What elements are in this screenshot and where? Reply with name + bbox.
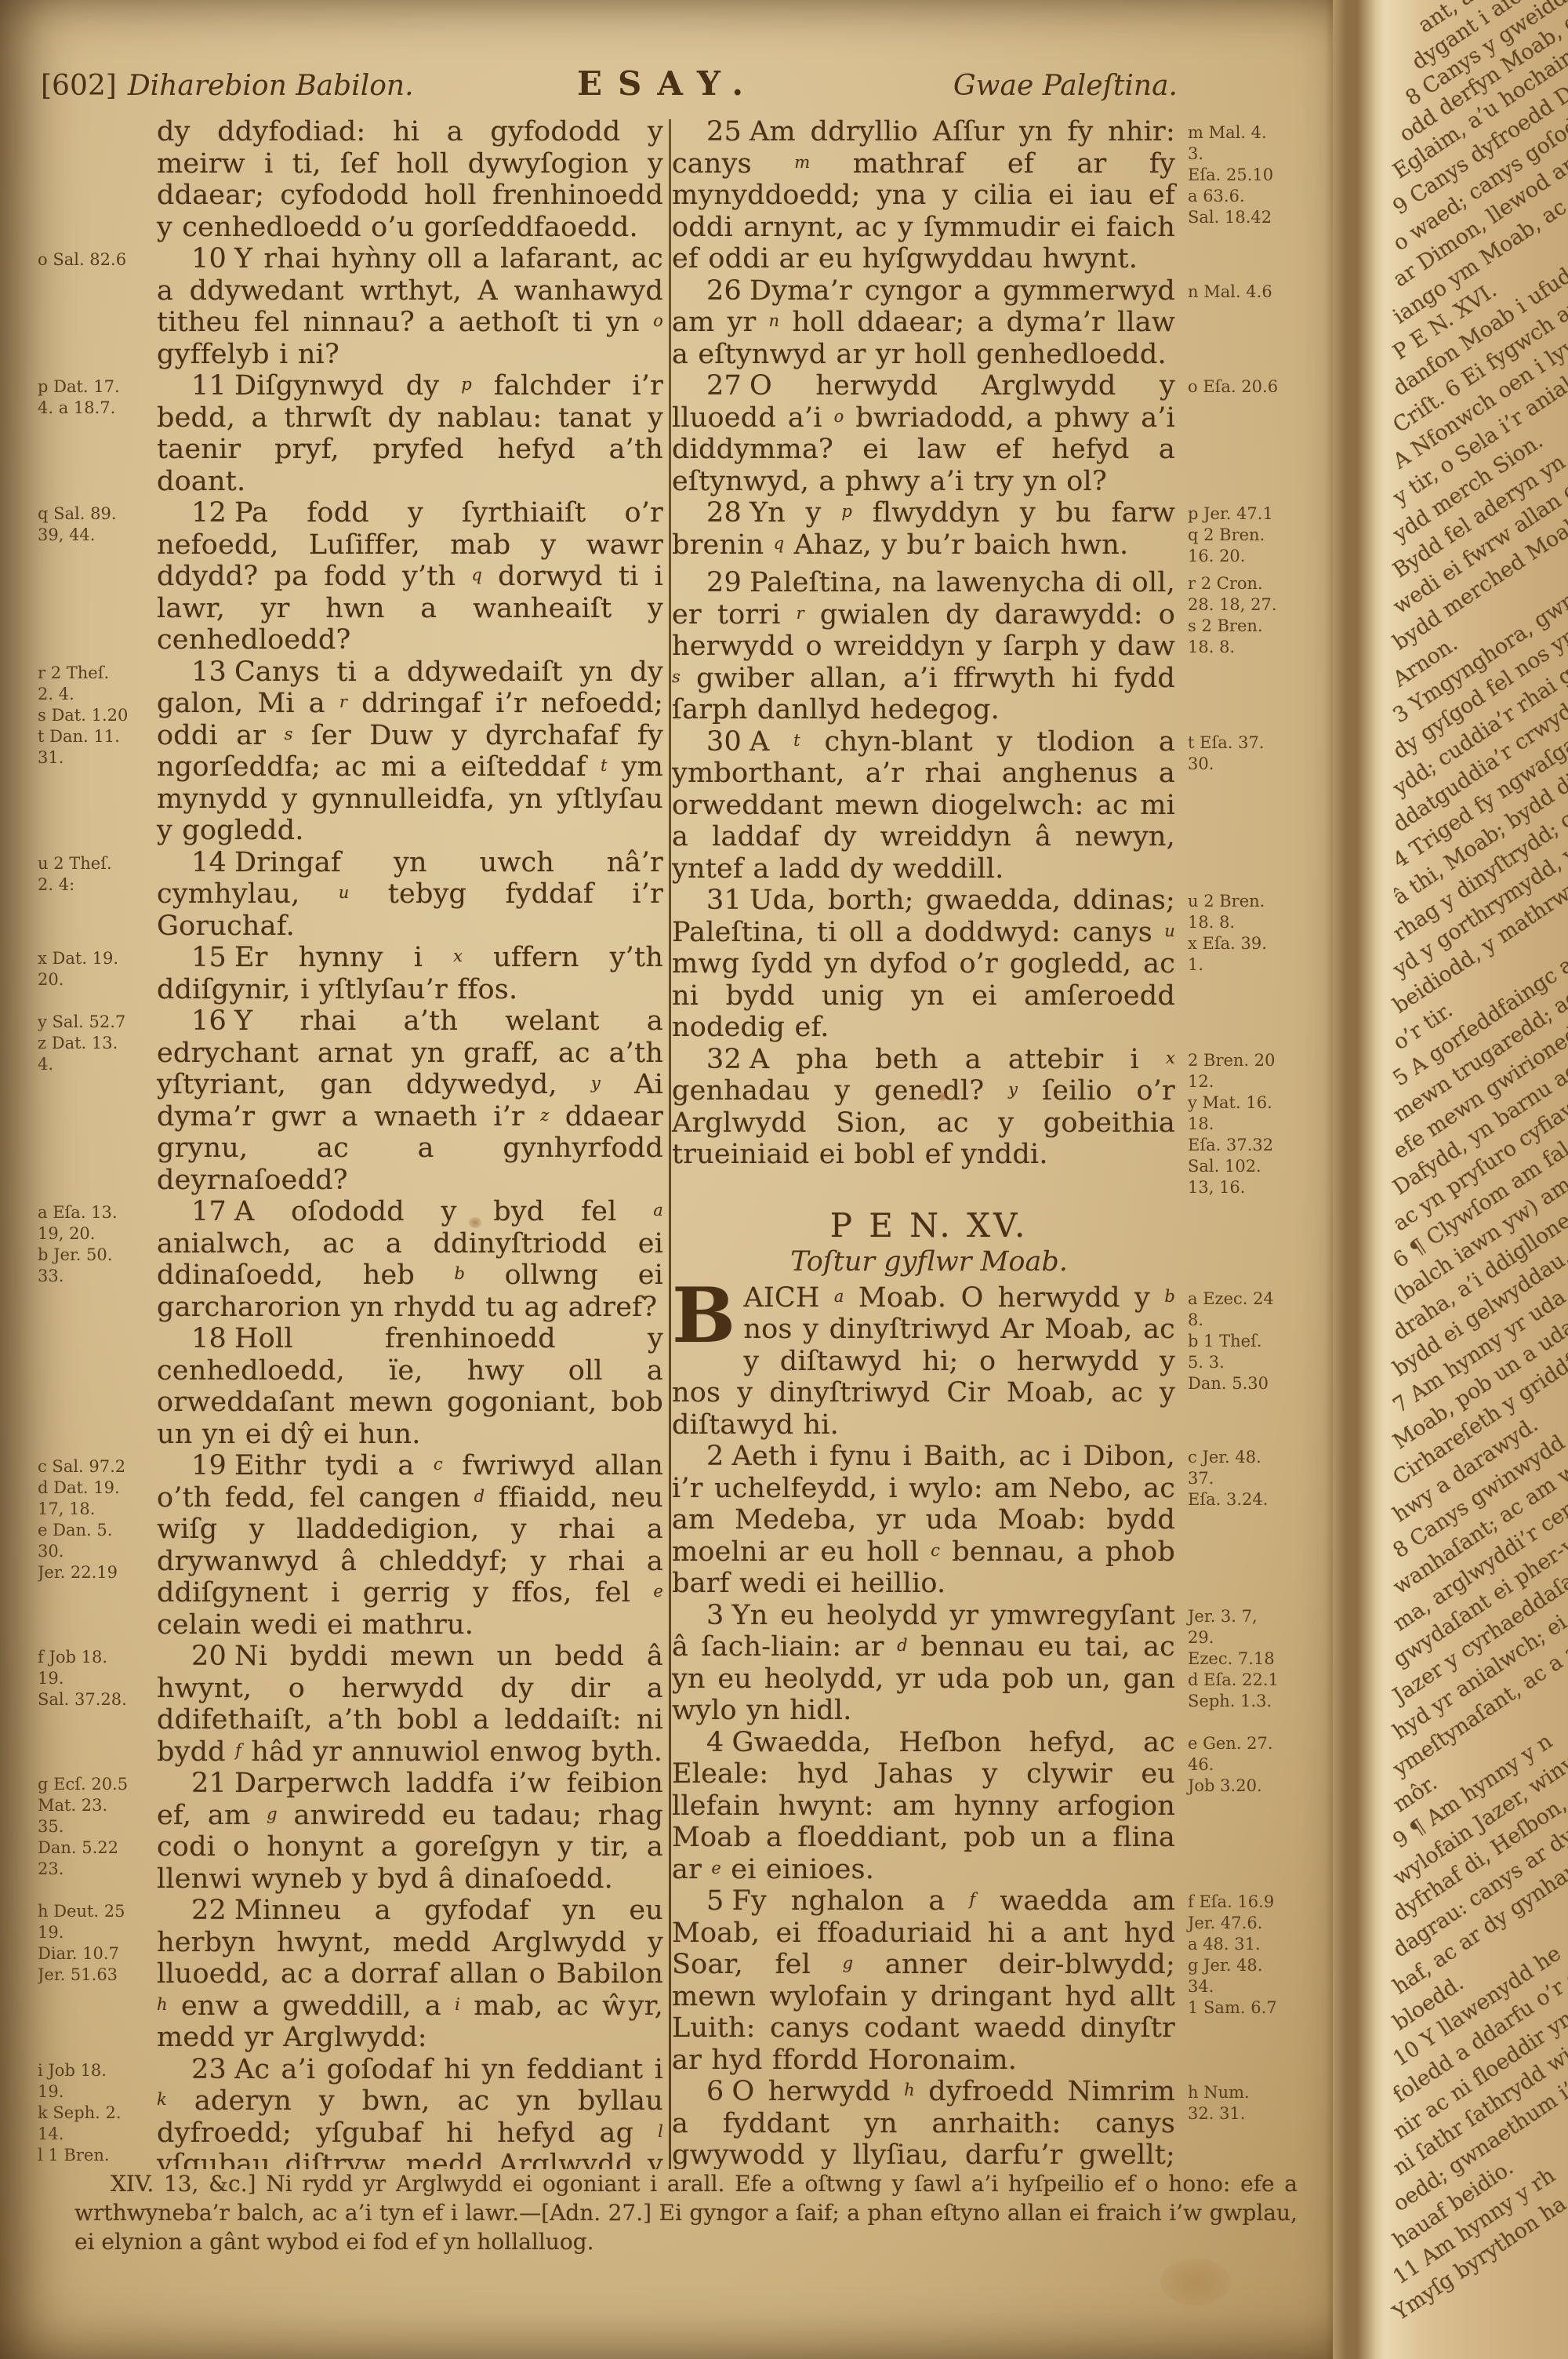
verse-text: 12Pa fodd y ſyrthiaiſt o’r nefoedd, Luſi…	[157, 497, 668, 656]
margin-note-line: 2 Bren. 20	[1188, 1050, 1304, 1071]
verse-text: 3Yn eu heolydd yr ymwregyſant â ſach-lia…	[672, 1600, 1180, 1727]
verse-row: i Job 18.19.k Seph. 2.14.l 1 Bren.14. 10…	[38, 2054, 668, 2170]
verse-text: 21Darperwch laddfa i’w feibion ef, am g …	[157, 1768, 668, 1895]
verse-number: 29	[706, 567, 750, 598]
margin-note-line: y Mat. 16.	[1188, 1092, 1304, 1114]
verse-row: 30A t chyn-blant y tlodion a ymborthant,…	[672, 726, 1304, 885]
verse-row: u 2 Theſ.2. 4:14Dringaf yn uwch nâ’r cym…	[38, 847, 668, 943]
cross-ref-marker: u	[1164, 921, 1175, 940]
scanned-bible-page: [602]Diharebion Babilon. ESAY. Gwae Pale…	[0, 0, 1568, 2359]
verse-number: 18	[191, 1323, 234, 1354]
cross-ref-marker: q	[774, 534, 785, 553]
cross-ref-marker: b	[455, 1264, 466, 1283]
cross-ref-marker: q	[471, 565, 482, 584]
margin-note-line: 29.	[1188, 1627, 1304, 1648]
margin-note-line: Dan. 5.22	[38, 1837, 152, 1859]
verse-number: 32	[706, 1044, 750, 1075]
margin-note-line: f Eſa. 16.9	[1188, 1892, 1304, 1913]
margin-references	[38, 1323, 157, 1450]
page-number: [602]	[41, 70, 117, 102]
margin-note-line: 1.	[1188, 954, 1304, 976]
verse-number: 2	[706, 1441, 731, 1472]
header-left: [602]Diharebion Babilon.	[41, 70, 577, 102]
margin-note-line: 33.	[38, 1266, 152, 1287]
margin-note-line: 46.	[1188, 1754, 1304, 1776]
verse-number: 22	[191, 1895, 234, 1926]
verse-number: 20	[191, 1641, 234, 1672]
margin-note-line: 17, 18.	[38, 1499, 152, 1520]
margin-note-line: a Eſa. 13.	[38, 1202, 152, 1223]
margin-note-line: 4. a 18.7.	[38, 398, 152, 419]
margin-note-line: 28. 18, 27.	[1188, 594, 1304, 616]
margin-references: r 2 Theſ.2. 4.s Dat. 1.20t Dan. 11.31.	[38, 656, 157, 847]
margin-note-line: d Eſa. 22.1	[1188, 1670, 1304, 1691]
margin-note-line: l 1 Bren.	[38, 2145, 152, 2166]
margin-note-line: 30.	[38, 1541, 152, 1562]
margin-note-line: q 2 Bren.	[1188, 525, 1304, 546]
margin-note-line: 20.	[38, 969, 152, 990]
margin-references: c Sal. 97.2d Dat. 19.17, 18.e Dan. 5.30.…	[38, 1450, 157, 1641]
verse-text: 22Minneu a gyfodaf yn eu herbyn hwynt, m…	[157, 1895, 668, 2054]
right-column: 25Am ddryllio Aſſur yn fy nhir: canys m …	[672, 116, 1304, 2169]
cross-ref-marker: f	[235, 1741, 241, 1760]
margin-note-line: d Dat. 19.	[38, 1478, 152, 1499]
verse-row: c Sal. 97.2d Dat. 19.17, 18.e Dan. 5.30.…	[38, 1450, 668, 1641]
margin-note-line: 5. 3.	[1188, 1352, 1304, 1373]
column-divider-rule	[669, 119, 671, 2169]
margin-note-line: x Eſa. 39.	[1188, 933, 1304, 954]
margin-references: y Sal. 52.7z Dat. 13.4.	[38, 1005, 157, 1196]
margin-note-line: Job 3.20.	[1188, 1776, 1304, 1797]
margin-references: a Eſa. 13.19, 20.b Jer. 50.33.	[38, 1196, 157, 1323]
margin-references: h Num.32. 31.	[1180, 2076, 1304, 2169]
margin-note-line: 30.	[1188, 754, 1304, 775]
margin-references: n Mal. 4.6	[1180, 275, 1304, 371]
margin-note-line: k Seph. 2.	[38, 2103, 152, 2124]
cross-ref-marker: t	[793, 731, 800, 750]
book-title: ESAY.	[577, 64, 759, 103]
verse-text: 26Dyma’r cyngor a gymmerwyd am yr n holl…	[672, 275, 1180, 371]
margin-references: o Eſa. 20.6	[1180, 370, 1304, 497]
margin-note-line: 19.	[38, 1922, 152, 1943]
verse-number: 16	[191, 1005, 234, 1037]
margin-note-line: 18. 8.	[1188, 637, 1304, 658]
cross-ref-marker: k	[157, 2090, 167, 2109]
margin-references: f Job 18.19.Sal. 37.28.	[38, 1641, 157, 1768]
verse-text: BAICH a Moab. O herwydd y b nos y dinyſt…	[672, 1282, 1180, 1441]
verse-number: 12	[191, 497, 234, 529]
margin-note-line: m Mal. 4.	[1188, 122, 1304, 144]
margin-note-line: o Eſa. 20.6	[1188, 376, 1304, 398]
cross-ref-marker: e	[653, 1582, 663, 1601]
chapter-subheading: Toſtur gyflwr Moab.	[672, 1246, 1186, 1278]
margin-references: p Jer. 47.1q 2 Bren.16. 20.	[1180, 497, 1304, 567]
margin-references: q Sal. 89.39, 44.	[38, 497, 157, 656]
margin-note-line: Dan. 5.30	[1188, 1373, 1304, 1394]
verse-number: 5	[706, 1885, 731, 1917]
margin-note-line: 19, 20.	[38, 1223, 152, 1245]
verse-number: 26	[706, 275, 750, 307]
verse-number: 17	[191, 1196, 234, 1227]
margin-note-line: b 1 Theſ.	[1188, 1331, 1304, 1352]
verse-row: 4Gwaedda, Heſbon hefyd, ac Eleale: hyd J…	[672, 1727, 1304, 1886]
cross-ref-marker: t	[601, 756, 608, 775]
margin-note-line: y Sal. 52.7	[38, 1012, 152, 1033]
verse-row: a Eſa. 13.19, 20.b Jer. 50.33.17A oſodod…	[38, 1196, 668, 1323]
margin-references: r 2 Cron.28. 18, 27.s 2 Bren.18. 8.	[1180, 567, 1304, 726]
verse-row: 28Yn y p flwyddyn y bu farw brenin q Aha…	[672, 497, 1304, 567]
verse-number: 4	[706, 1727, 731, 1758]
margin-note-line: Jer. 3. 7,	[1188, 1606, 1304, 1627]
margin-note-line: g Jer. 48.	[1188, 1955, 1304, 1976]
verse-text: 25Am ddryllio Aſſur yn fy nhir: canys m …	[672, 116, 1180, 275]
margin-note-line: 18.	[1188, 1114, 1304, 1135]
margin-note-line: c Jer. 48.	[1188, 1447, 1304, 1468]
margin-note-line: g Ecſ. 20.5	[38, 1774, 152, 1795]
margin-note-line: x Dat. 19.	[38, 948, 152, 969]
cross-ref-marker: z	[540, 1106, 549, 1125]
margin-note-line: 12.	[1188, 1071, 1304, 1092]
verse-text: 10Y rhai hyǹny oll a lafarant, ac a ddyw…	[157, 243, 668, 370]
verse-text: 14Dringaf yn uwch nâ’r cymhylau, u tebyg…	[157, 847, 668, 943]
running-header: [602]Diharebion Babilon. ESAY. Gwae Pale…	[41, 64, 1295, 103]
margin-note-line: a 63.6.	[1188, 186, 1304, 207]
cross-ref-marker: x	[1166, 1049, 1175, 1067]
verse-row: 26Dyma’r cyngor a gymmerwyd am yr n holl…	[672, 275, 1304, 371]
page-gutter-shadow	[1325, 0, 1385, 2359]
margin-references: u 2 Bren.18. 8.x Eſa. 39.1.	[1180, 885, 1304, 1044]
cross-ref-marker: l	[658, 2122, 663, 2141]
margin-references: t Eſa. 37.30.	[1180, 726, 1304, 885]
facing-page-edge: Am hynny yant, a’r hyn a rodygant i afon…	[1385, 0, 1568, 2359]
margin-note-line: Jer. 51.63	[38, 1965, 152, 1986]
verse-number: 21	[191, 1768, 234, 1799]
margin-references: o Sal. 82.6	[38, 243, 157, 370]
verse-number: 23	[191, 2054, 234, 2085]
margin-note-line: Sal. 18.42	[1188, 207, 1304, 228]
margin-note-line: 23.	[38, 1859, 152, 1880]
verse-row: 2Aeth i fynu i Baith, ac i Dibon, i’r uc…	[672, 1441, 1304, 1600]
margin-references: m Mal. 4.3.Eſa. 25.10a 63.6.Sal. 18.42	[1180, 116, 1304, 275]
margin-references	[38, 116, 157, 243]
margin-note-line: Sal. 102.	[1188, 1156, 1304, 1177]
margin-references: a Ezec. 248.b 1 Theſ.5. 3.Dan. 5.30	[1180, 1282, 1304, 1441]
cross-ref-marker: d	[474, 1487, 485, 1506]
margin-references: c Jer. 48.37.Eſa. 3.24.	[1180, 1441, 1304, 1600]
cross-ref-marker: x	[453, 947, 463, 965]
margin-note-line: u 2 Bren.	[1188, 891, 1304, 912]
verse-row: h Deut. 2519.Diar. 10.7Jer. 51.6322Minne…	[38, 1895, 668, 2054]
margin-note-line: p Jer. 47.1	[1188, 503, 1304, 525]
verse-row: f Job 18.19.Sal. 37.28.20Ni byddi mewn u…	[38, 1641, 668, 1768]
margin-references: u 2 Theſ.2. 4:	[38, 847, 157, 943]
margin-note-line: 32. 31.	[1188, 2103, 1304, 2125]
verse-number: 14	[191, 847, 234, 878]
margin-note-line: 4.	[38, 1054, 152, 1075]
margin-note-line: 2. 4.	[38, 684, 152, 705]
verse-number: 6	[706, 2076, 731, 2107]
cross-ref-marker: n	[769, 311, 780, 330]
margin-note-line: Diar. 10.7	[38, 1943, 152, 1965]
margin-note-line: Sal. 37.28.	[38, 1689, 152, 1710]
margin-note-line: e Dan. 5.	[38, 1520, 152, 1541]
margin-note-line: Eſa. 37.32	[1188, 1135, 1304, 1156]
cross-ref-marker: b	[1164, 1287, 1175, 1306]
verse-text: 11Diſgynwyd dy p falchder i’r bedd, a th…	[157, 370, 668, 497]
verse-text: 31Uda, borth; gwaedda, ddinas; Paleſtina…	[672, 885, 1180, 1044]
margin-note-line: 19.	[38, 2081, 152, 2103]
verse-number: 31	[706, 885, 750, 916]
margin-note-line: e Gen. 27.	[1188, 1733, 1304, 1754]
margin-note-line: s Dat. 1.20	[38, 705, 152, 726]
margin-note-line: 39, 44.	[38, 525, 152, 546]
cross-ref-marker: h	[904, 2081, 915, 2099]
margin-note-line: Jer. 22.19	[38, 1562, 152, 1583]
margin-note-line: 13, 16.	[1188, 1177, 1304, 1198]
margin-note-line: Eſa. 3.24.	[1188, 1489, 1304, 1510]
verse-number: 25	[706, 116, 750, 147]
verse-row: 3Yn eu heolydd yr ymwregyſant â ſach-lia…	[672, 1600, 1304, 1727]
verse-row: 6O herwydd h dyfroedd Nimrim a fyddant y…	[672, 2076, 1304, 2169]
verse-text: 27O herwydd Arglwydd y lluoedd a’i o bwr…	[672, 370, 1180, 497]
margin-note-line: t Eſa. 37.	[1188, 732, 1304, 754]
verse-text: 13Canys ti a ddywedaiſt yn dy galon, Mi …	[157, 656, 668, 847]
verse-text: 5Fy nghalon a f waedda am Moab, ei ffoad…	[672, 1885, 1180, 2076]
verse-row: 25Am ddryllio Aſſur yn fy nhir: canys m …	[672, 116, 1304, 275]
margin-references: 2 Bren. 2012.y Mat. 16.18.Eſa. 37.32Sal.…	[1180, 1044, 1304, 1198]
cross-ref-marker: u	[339, 883, 350, 902]
cross-ref-marker: s	[672, 667, 681, 686]
margin-note-line: f Job 18.	[38, 1647, 152, 1668]
cross-ref-marker: s	[285, 725, 293, 743]
margin-note-line: 18. 8.	[1188, 912, 1304, 933]
margin-note-line: 34.	[1188, 1976, 1304, 1997]
footnote-text: XIV. 13, &c.] Ni rydd yr Arglwydd ei ogo…	[74, 2169, 1298, 2256]
verse-number: 30	[706, 726, 750, 758]
verse-row: dy ddyfodiad: hi a gyfododd y meirw i ti…	[38, 116, 668, 243]
margin-note-line: n Mal. 4.6	[1188, 282, 1304, 303]
margin-references: g Ecſ. 20.5Mat. 23.35.Dan. 5.2223.	[38, 1768, 157, 1895]
verse-text: 28Yn y p flwyddyn y bu farw brenin q Aha…	[672, 497, 1180, 561]
margin-note-line: Seph. 1.3.	[1188, 1691, 1304, 1712]
verse-row: 18Holl frenhinoedd y cenhedloedd, ïe, hw…	[38, 1323, 668, 1450]
cross-ref-marker: g	[843, 1954, 854, 1972]
margin-note-line: 1 Sam. 6.7	[1188, 1997, 1304, 2019]
verse-text: dy ddyfodiad: hi a gyfododd y meirw i ti…	[157, 116, 668, 243]
margin-note-line: z Dat. 13.	[38, 1033, 152, 1054]
cross-ref-marker: m	[794, 153, 810, 172]
commentary-footnote: XIV. 13, &c.] Ni rydd yr Arglwydd ei ogo…	[74, 2169, 1298, 2256]
margin-note-line: 3.	[1188, 144, 1304, 165]
verse-text: 30A t chyn-blant y tlodion a ymborthant,…	[672, 726, 1180, 885]
verse-text: 4Gwaedda, Heſbon hefyd, ac Eleale: hyd J…	[672, 1727, 1180, 1886]
margin-note-line: r 2 Theſ.	[38, 663, 152, 684]
verse-text: 15Er hynny i x uffern y’th ddiſgynir, i …	[157, 942, 668, 1005]
margin-references: p Dat. 17.4. a 18.7.	[38, 370, 157, 497]
cross-ref-marker: o	[834, 407, 844, 426]
margin-note-line: Mat. 23.	[38, 1795, 152, 1816]
verse-row: o Sal. 82.610Y rhai hyǹny oll a lafarant…	[38, 243, 668, 370]
margin-note-line: i Job 18.	[38, 2060, 152, 2081]
verse-row: r 2 Theſ.2. 4.s Dat. 1.20t Dan. 11.31.13…	[38, 656, 668, 847]
verse-row: 5Fy nghalon a f waedda am Moab, ei ffoad…	[672, 1885, 1304, 2076]
verse-text: 16Y rhai a’th welant a edrychant arnat y…	[157, 1005, 668, 1196]
cross-ref-marker: p	[461, 375, 472, 394]
margin-note-line: q Sal. 89.	[38, 503, 152, 525]
verse-text: 6O herwydd h dyfroedd Nimrim a fyddant y…	[672, 2076, 1180, 2169]
cross-ref-marker: h	[157, 1995, 168, 2014]
margin-note-line: 37.	[1188, 1468, 1304, 1489]
margin-note-line: o Sal. 82.6	[38, 249, 152, 271]
margin-note-line: 31.	[38, 747, 152, 769]
cross-ref-marker: r	[797, 604, 804, 623]
verse-number: 11	[191, 370, 234, 402]
margin-references: Jer. 3. 7,29.Ezec. 7.18d Eſa. 22.1Seph. …	[1180, 1600, 1304, 1727]
margin-note-line: a Ezec. 24	[1188, 1289, 1304, 1310]
verse-row: y Sal. 52.7z Dat. 13.4.16Y rhai a’th wel…	[38, 1005, 668, 1196]
margin-note-line: Ezec. 7.18	[1188, 1648, 1304, 1670]
chapter-heading: P E N. XV.	[672, 1206, 1186, 1245]
margin-note-line: a 48. 31.	[1188, 1934, 1304, 1955]
verse-number: 15	[191, 942, 234, 973]
margin-note-line: 8.	[1188, 1310, 1304, 1331]
cross-ref-marker: y	[1008, 1080, 1018, 1099]
verse-text: 19Eithr tydi a c fwriwyd allan o’th fedd…	[157, 1450, 668, 1641]
margin-note-line: s 2 Bren.	[1188, 616, 1304, 637]
margin-references: e Gen. 27.46.Job 3.20.	[1180, 1727, 1304, 1886]
margin-note-line: Jer. 47.6.	[1188, 1913, 1304, 1934]
margin-references: h Deut. 2519.Diar. 10.7Jer. 51.63	[38, 1895, 157, 2054]
margin-note-line: Eſa. 25.10	[1188, 165, 1304, 186]
left-column: dy ddyfodiad: hi a gyfododd y meirw i ti…	[38, 116, 668, 2169]
verse-row: 29Paleſtina, na lawenycha di oll, er tor…	[672, 567, 1304, 726]
margin-note-line: t Dan. 11.	[38, 726, 152, 747]
margin-note-line: p Dat. 17.	[38, 376, 152, 398]
cross-ref-marker: r	[339, 692, 347, 711]
right-running-title: Gwae Paleſtina.	[759, 70, 1295, 102]
verse-row: x Dat. 19.20.15Er hynny i x uffern y’th …	[38, 942, 668, 1005]
cross-ref-marker: i	[455, 1995, 460, 2014]
verse-text: 2Aeth i fynu i Baith, ac i Dibon, i’r uc…	[672, 1441, 1180, 1600]
cross-ref-marker: p	[841, 502, 852, 521]
verse-text: 17A oſododd y byd fel a anialwch, ac a d…	[157, 1196, 668, 1323]
verse-text: 18Holl frenhinoedd y cenhedloedd, ïe, hw…	[157, 1323, 668, 1450]
cross-ref-marker: a	[834, 1287, 844, 1306]
cross-ref-marker: o	[653, 311, 663, 330]
verse-number: 28	[706, 497, 750, 529]
margin-note-line: h Num.	[1188, 2082, 1304, 2103]
margin-references: i Job 18.19.k Seph. 2.14.l 1 Bren.14. 10…	[38, 2054, 157, 2170]
margin-note-line: h Deut. 25	[38, 1901, 152, 1922]
verse-number: 10	[191, 243, 234, 274]
verse-row: g Ecſ. 20.5Mat. 23.35.Dan. 5.2223.21Darp…	[38, 1768, 668, 1895]
cross-ref-marker: y	[591, 1074, 601, 1092]
verse-text: 23Ac a’i goſodaf hi yn feddiant i k ader…	[157, 2054, 668, 2170]
cross-ref-marker: e	[711, 1859, 721, 1877]
margin-note-line: r 2 Cron.	[1188, 573, 1304, 594]
verse-row: q Sal. 89.39, 44.12Pa fodd y ſyrthiaiſt …	[38, 497, 668, 656]
cross-ref-marker: c	[434, 1455, 443, 1474]
book-page: [602]Diharebion Babilon. ESAY. Gwae Pale…	[0, 0, 1333, 2359]
verse-text: 32A pha beth a attebir i x genhadau y ge…	[672, 1044, 1180, 1171]
cross-ref-marker: g	[267, 1805, 278, 1823]
verse-text: 29Paleſtina, na lawenycha di oll, er tor…	[672, 567, 1180, 726]
margin-note-line: 2. 4:	[38, 874, 152, 896]
cross-ref-marker: d	[897, 1636, 908, 1655]
cross-ref-marker: a	[653, 1201, 663, 1219]
verse-number: 3	[706, 1600, 731, 1631]
verse-number: 27	[706, 370, 750, 402]
cross-ref-marker: f	[969, 1890, 975, 1909]
verse-row: 31Uda, borth; gwaedda, ddinas; Paleſtina…	[672, 885, 1304, 1044]
margin-references: f Eſa. 16.9Jer. 47.6.a 48. 31.g Jer. 48.…	[1180, 1885, 1304, 2076]
verse-row: 27O herwydd Arglwydd y lluoedd a’i o bwr…	[672, 370, 1304, 497]
verse-row: BAICH a Moab. O herwydd y b nos y dinyſt…	[672, 1282, 1304, 1441]
margin-note-line: 16. 20.	[1188, 546, 1304, 567]
drop-cap-initial: B	[672, 1282, 743, 1347]
verse-text: 20Ni byddi mewn un bedd â hwynt, o herwy…	[157, 1641, 668, 1768]
margin-note-line: c Sal. 97.2	[38, 1456, 152, 1478]
verse-number: 19	[191, 1450, 234, 1481]
margin-note-line: u 2 Theſ.	[38, 853, 152, 874]
verse-number: 13	[191, 656, 234, 688]
verse-row: p Dat. 17.4. a 18.7.11Diſgynwyd dy p fal…	[38, 370, 668, 497]
margin-note-line: 19.	[38, 1668, 152, 1689]
margin-note-line: 14.	[38, 2124, 152, 2145]
cross-ref-marker: c	[931, 1541, 940, 1560]
margin-references: x Dat. 19.20.	[38, 942, 157, 1005]
margin-note-line: 35.	[38, 1816, 152, 1837]
margin-note-line: b Jer. 50.	[38, 1245, 152, 1266]
verse-row: 32A pha beth a attebir i x genhadau y ge…	[672, 1044, 1304, 1198]
text-columns: dy ddyfodiad: hi a gyfododd y meirw i ti…	[38, 116, 1305, 2169]
left-running-title: Diharebion Babilon.	[128, 70, 414, 102]
